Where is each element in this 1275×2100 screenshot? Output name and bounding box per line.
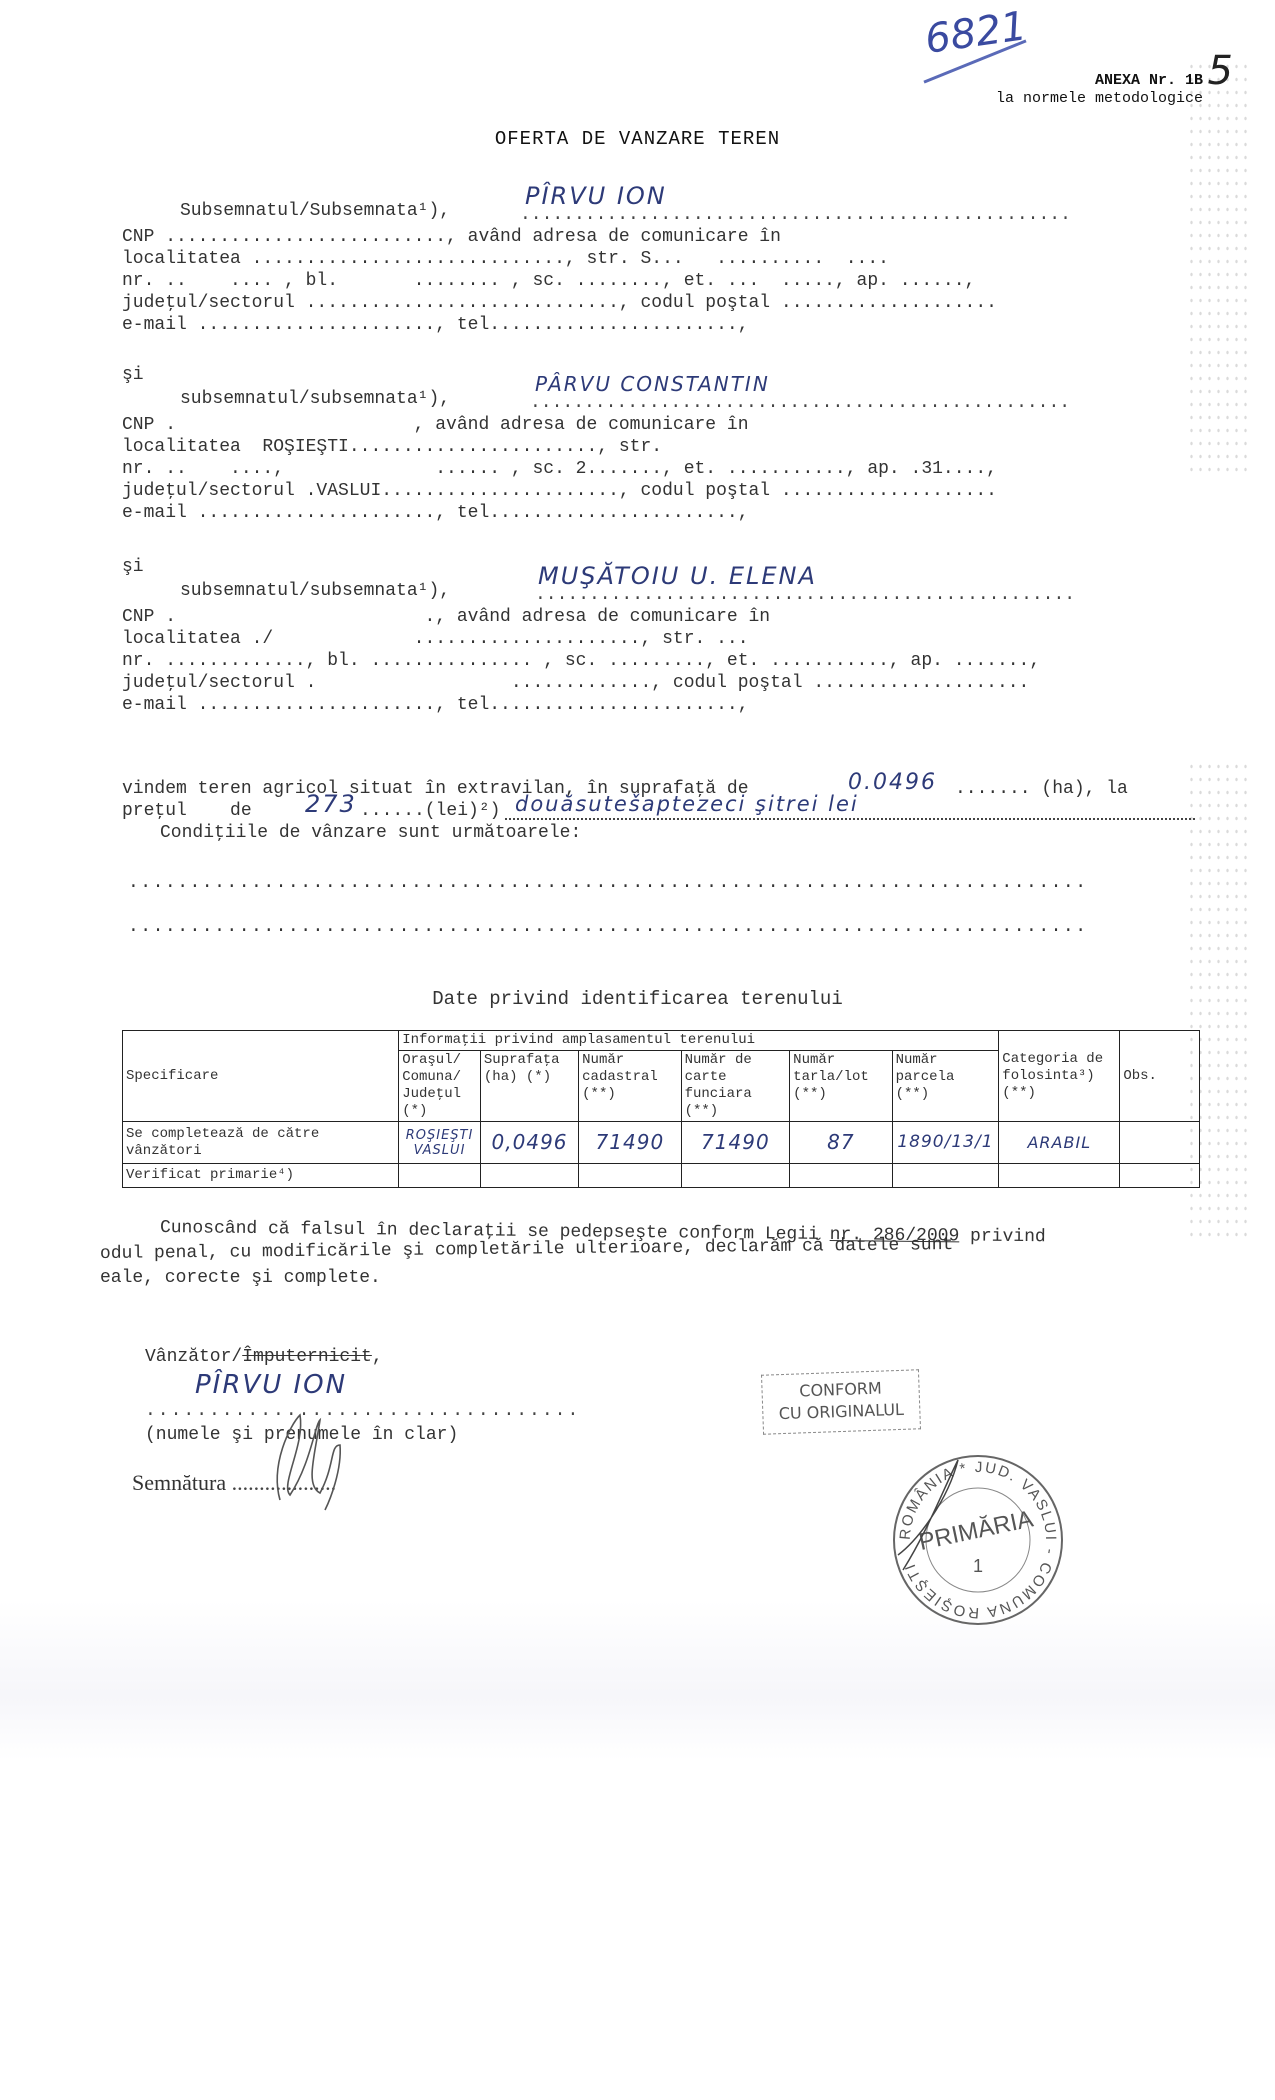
cell-cadastral: 71490 [579,1122,681,1164]
header-city: Oraşul/ Comuna/ Judeţul (*) [399,1051,481,1122]
annex-reference: ANEXA Nr. 1B la normele metodologice [996,72,1203,108]
name-dotted-line: .................................. [145,1400,580,1422]
declaration-line-2: odul penal, cu modificările şi completăr… [100,1235,954,1264]
header-area: Suprafaţa (ha) (*) [480,1051,578,1122]
header-parcel: Număr parcela (**) [892,1051,999,1122]
area-value: 0.0496 [848,770,937,795]
seller-3-conjunction: şi [122,556,144,578]
seller-1-contact-line: e-mail ......................, tel......… [122,314,749,336]
offer-line-2-mid: ......(lei)²) [360,800,500,822]
document-title: OFERTA DE VANZARE TEREN [0,128,1275,150]
cell-cadastral [579,1164,681,1188]
town-hall-seal-icon: ROMÂNIA * JUD. VASLUI - COMUNA ROŞIEŞTI … [888,1450,1068,1630]
header-location-group: Informaţii privind amplasamentul terenul… [399,1031,999,1051]
signature-scribble-icon [260,1405,350,1515]
seal-number: 1 [973,1556,983,1576]
role-seller: Vânzător/ [145,1347,242,1367]
seller-3-intro: subsemnatul/subsemnata¹), [180,580,450,602]
declaration-line-3: eale, corecte şi complete. [100,1268,381,1288]
cell-obs [1120,1164,1200,1188]
seller-1-cnp-line: CNP .........................., având ad… [122,226,781,248]
header-categoria: Categoria de folosinta³) (**) [999,1031,1120,1122]
price-value: 273 [305,790,357,818]
seller-2-intro: subsemnatul/subsemnata¹), [180,388,450,410]
cell-category: ARABIL [999,1122,1120,1164]
offer-line-1-suffix: ....... (ha), la [955,778,1128,800]
seller-2-locality-line: localitatea ROŞIEŞTI....................… [122,436,662,458]
page-number: 5 [1208,48,1233,94]
signature-label-text: Semnătura [132,1470,226,1495]
seller-2-conjunction: şi [122,364,144,386]
annex-number: ANEXA Nr. 1B [996,72,1203,90]
registration-number: 6821 [922,3,1029,63]
cell-city: ROŞIEŞTI VASLUI [399,1122,481,1164]
role-proxy-struck: Împuternicit [242,1347,372,1367]
seller-2-name: PÂRVU CONSTANTIN [535,372,770,396]
row-label: Se completează de către vânzători [123,1122,399,1164]
table-header-group-row: Specificare Informaţii privind amplasame… [123,1031,1200,1051]
cell-parcel: 1890/13/1 [892,1122,999,1164]
table-row: Verificat primarie⁴) [123,1164,1200,1188]
cell-land-book: 71490 [681,1122,790,1164]
cell-parcel [892,1164,999,1188]
seller-3-cnp-line: CNP . ., având adresa de comunicare în [122,606,770,628]
seller-3-locality-line: localitatea ./ ....................., st… [122,628,749,650]
seller-printed-name: PÎRVU ION [195,1370,347,1400]
header-land-book: Număr de carte funciara (**) [681,1051,790,1122]
identification-section-title: Date privind identificarea terenului [0,988,1275,1010]
annex-subtitle: la normele metodologice [996,90,1203,108]
cell-plot-lot [790,1164,892,1188]
stamp-line-2: CU ORIGINALUL [763,1398,920,1425]
cell-plot-lot: 87 [790,1122,892,1164]
cell-land-book [681,1164,790,1188]
table-row: Se completează de către vânzători ROŞIEŞ… [123,1122,1200,1164]
header-plot-lot: Număr tarla/lot (**) [790,1051,892,1122]
seller-1-locality-line: localitatea ............................… [122,248,889,270]
seller-2-address-line: nr. .. ...., ...... , sc. 2......., et. … [122,458,997,480]
declaration-text-end: privind [959,1226,1046,1247]
seller-2-contact-line: e-mail ......................, tel......… [122,502,749,524]
header-specificare: Specificare [123,1031,399,1122]
offer-line-2-prefix: preţul de [122,800,252,822]
seller-1-county-line: judeţul/sectorul .......................… [122,292,997,314]
cell-city [399,1164,481,1188]
seller-1-name: PÎRVU ION [525,182,667,210]
seller-3-name: MUŞĂTOIU U. ELENA [538,562,817,590]
seller-role-label: Vânzător/Împuternicit, [145,1346,383,1368]
seller-1-intro: Subsemnatul/Subsemnata¹), [180,200,450,222]
conditions-label: Condiţiile de vânzare sunt următoarele: [160,822,581,844]
seller-3-address-line: nr. ............., bl. ............... ,… [122,650,1040,672]
conditions-line-2: ........................................… [128,916,1088,938]
scan-shadow [0,1600,1275,1760]
land-identification-table: Specificare Informaţii privind amplasame… [122,1030,1200,1188]
seller-2-county-line: judeţul/sectorul .VASLUI................… [122,480,997,502]
row-label: Verificat primarie⁴) [123,1164,399,1188]
certified-copy-stamp: CONFORM CU ORIGINALUL [761,1369,921,1434]
cell-obs [1120,1122,1200,1164]
conditions-line-1: ........................................… [128,872,1088,894]
seller-2-cnp-line: CNP . , având adresa de comunicare în [122,414,749,436]
seller-3-contact-line: e-mail ......................, tel......… [122,694,749,716]
header-cadastral: Număr cadastral (**) [579,1051,681,1122]
cell-area [480,1164,578,1188]
header-obs: Obs. [1120,1031,1200,1122]
seller-1-address-line: nr. .. .... , bl. ........ , sc. .......… [122,270,975,292]
cell-category [999,1164,1120,1188]
price-words-dotted-line [505,818,1195,820]
scan-noise [1187,60,1247,480]
cell-area: 0,0496 [480,1122,578,1164]
seller-3-county-line: judeţul/sectorul . ............., codul … [122,672,1029,694]
price-in-words: douăsutešaptezeci şitrei lei [515,792,859,816]
